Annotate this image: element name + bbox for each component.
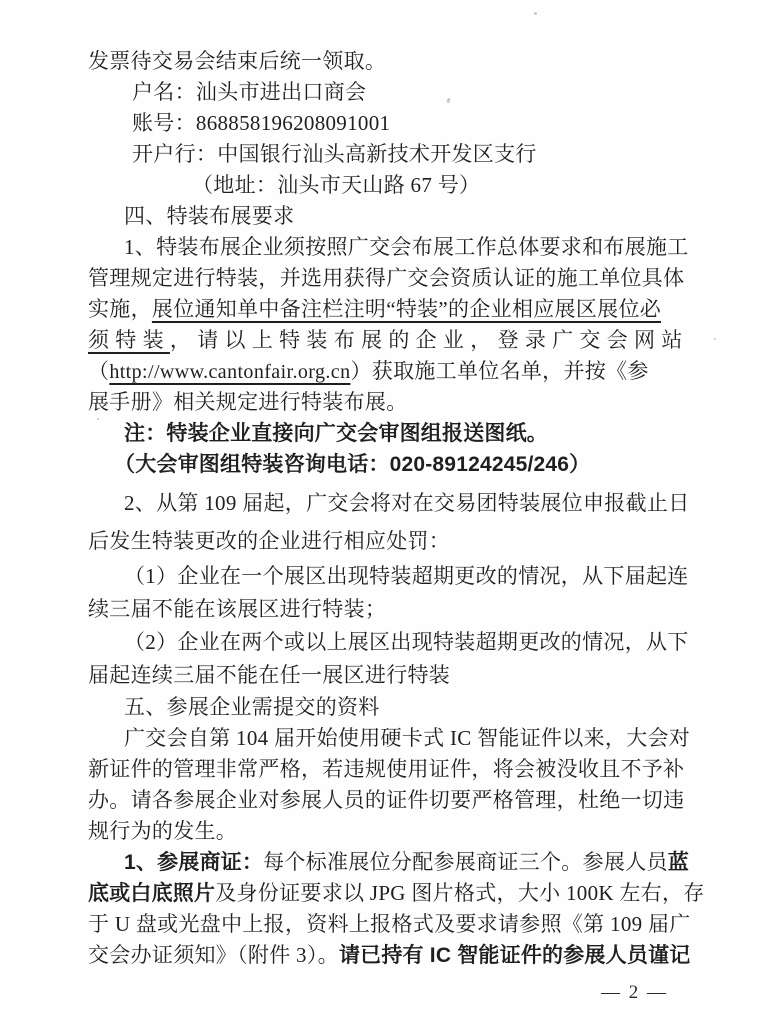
line-para2-2: 后发生特装更改的企业进行相应处罚：	[88, 522, 694, 560]
doc-text: 注：特装企业直接向广交会审图组报送图纸。	[124, 422, 548, 445]
line-account-name: 户名：汕头市进出口商会	[88, 77, 694, 108]
bold-text: 底或白底照片	[88, 882, 215, 905]
doc-text: （	[88, 359, 109, 383]
doc-text: 及身份证要求以 JPG 图片格式，大小 100K 左右，存	[215, 881, 704, 905]
page-number: — 2 —	[601, 982, 668, 1004]
doc-text: 每个标准展位分配参展商证三个。参展人员	[263, 850, 668, 874]
line-para1-4: 须特装，请以上特装布展的企业，登录广交会网站	[88, 325, 694, 356]
line-para1-6: 展手册》相关规定进行特装布展。	[88, 387, 694, 418]
scan-speck	[97, 418, 99, 420]
doc-text: （2）企业在两个或以上展区出现特装超期更改的情况，从下	[124, 630, 689, 654]
cantonfair-url: http://www.cantonfair.org.cn	[109, 361, 350, 383]
doc-text: 广交会自第 104 届开始使用硬卡式 IC 智能证件以来，大会对	[124, 726, 690, 750]
doc-text: 续三届不能在该展区进行特装；	[88, 597, 386, 621]
line-para3-4: 规行为的发生。	[88, 816, 694, 847]
line-para1-3: 实施，展位通知单中备注栏注明“特装”的企业相应展区展位必	[88, 294, 694, 325]
doc-text: 发票待交易会结束后统一领取。	[88, 49, 386, 73]
scan-speck	[714, 338, 716, 340]
line-penalty2-2: 届起连续三届不能在任一展区进行特装	[88, 659, 694, 692]
doc-text: 开户行：中国银行汕头高新技术开发区支行	[132, 142, 537, 166]
doc-text: 四、特装布展要求	[124, 204, 294, 228]
line-note-drawings: 注：特装企业直接向广交会审图组报送图纸。	[88, 418, 694, 449]
doc-text: 后发生特装更改的企业进行相应处罚：	[88, 529, 450, 553]
doc-text: 1、特装布展企业须按照广交会布展工作总体要求和布展施工	[124, 235, 689, 259]
line-badge-2: 底或白底照片及身份证要求以 JPG 图片格式，大小 100K 左右，存	[88, 878, 694, 909]
doc-text: 交会办证须知》（附件 3）。	[88, 943, 339, 967]
doc-text: 五、参展企业需提交的资料	[124, 695, 380, 719]
doc-text: ，	[170, 328, 197, 352]
doc-text: 于 U 盘或光盘中上报，资料上报格式及要求请参照《第 109 届广	[88, 912, 691, 936]
line-penalty2-1: （2）企业在两个或以上展区出现特装超期更改的情况，从下	[88, 626, 694, 659]
doc-text: 展手册》相关规定进行特装布展。	[88, 390, 408, 414]
line-penalty1-1: （1）企业在一个展区出现特装超期更改的情况，从下届起连	[88, 560, 694, 593]
underlined-text: 须特装	[88, 328, 170, 352]
line-para1-1: 1、特装布展企业须按照广交会布展工作总体要求和布展施工	[88, 232, 694, 263]
scanned-document-page: 发票待交易会结束后统一领取。 户名：汕头市进出口商会 账号：8688581962…	[0, 0, 768, 1024]
line-bank-branch: 开户行：中国银行汕头高新技术开发区支行	[88, 139, 694, 170]
line-para3-3: 办。请各参展企业对参展人员的证件切要严格管理，杜绝一切违	[88, 785, 694, 816]
doc-text: （1）企业在一个展区出现特装超期更改的情况，从下届起连	[124, 564, 689, 588]
heading-section-4: 四、特装布展要求	[88, 201, 694, 232]
line-account-number: 账号：868858196208091001	[88, 108, 694, 139]
doc-text: 届起连续三届不能在任一展区进行特装	[88, 663, 450, 687]
line-para2-1: 2、从第 109 届起，广交会将对在交易团特装展位申报截止日	[88, 484, 694, 522]
doc-text: （大会审图组特装咨询电话：020-89124245/246）	[114, 453, 590, 476]
line-para3-1: 广交会自第 104 届开始使用硬卡式 IC 智能证件以来，大会对	[88, 723, 694, 754]
line-para1-5: （http://www.cantonfair.org.cn）获取施工单位名单，并…	[88, 356, 694, 387]
bold-text: 请已持有 IC 智能证件的参展人员谨记	[339, 944, 690, 967]
line-penalty1-2: 续三届不能在该展区进行特装；	[88, 593, 694, 626]
doc-text: 账号：868858196208091001	[132, 111, 390, 135]
doc-text: 实施，	[88, 297, 152, 321]
heading-section-5: 五、参展企业需提交的资料	[88, 692, 694, 723]
line-note-phone: （大会审图组特装咨询电话：020-89124245/246）	[88, 449, 694, 480]
doc-text: ）获取施工单位名单，并按《参	[350, 359, 648, 383]
line-badge-3: 于 U 盘或光盘中上报，资料上报格式及要求请参照《第 109 届广	[88, 909, 694, 940]
doc-text: 办。请各参展企业对参展人员的证件切要严格管理，杜绝一切违	[88, 788, 684, 812]
line-badge-1: 1、参展商证：每个标准展位分配参展商证三个。参展人员蓝	[88, 847, 694, 878]
line-badge-4: 交会办证须知》（附件 3）。请已持有 IC 智能证件的参展人员谨记	[88, 940, 694, 971]
line-bank-address: （地址：汕头市天山路 67 号）	[88, 170, 694, 201]
doc-text: 管理规定进行特装，并选用获得广交会资质认证的施工单位具体	[88, 266, 684, 290]
underlined-text: 展位通知单中备注栏注明“特装”的企业相应展区展位必	[152, 297, 661, 321]
bold-label: 1、参展商证：	[124, 851, 263, 874]
line-para1-2: 管理规定进行特装，并选用获得广交会资质认证的施工单位具体	[88, 263, 694, 294]
doc-text: 2、从第 109 届起，广交会将对在交易团特装展位申报截止日	[124, 491, 690, 515]
line-invoice-pickup: 发票待交易会结束后统一领取。	[88, 46, 694, 77]
doc-text: 规行为的发生。	[88, 819, 237, 843]
doc-text: （地址：汕头市天山路 67 号）	[192, 173, 480, 197]
scan-speck	[534, 12, 537, 15]
doc-text: 请以上特装布展的企业，登录广交会网站	[197, 328, 688, 352]
bold-text: 蓝	[668, 851, 689, 874]
line-para3-2: 新证件的管理非常严格，若违规使用证件，将会被没收且不予补	[88, 754, 694, 785]
doc-text: 户名：汕头市进出口商会	[132, 80, 366, 104]
doc-text: 新证件的管理非常严格，若违规使用证件，将会被没收且不予补	[88, 757, 684, 781]
